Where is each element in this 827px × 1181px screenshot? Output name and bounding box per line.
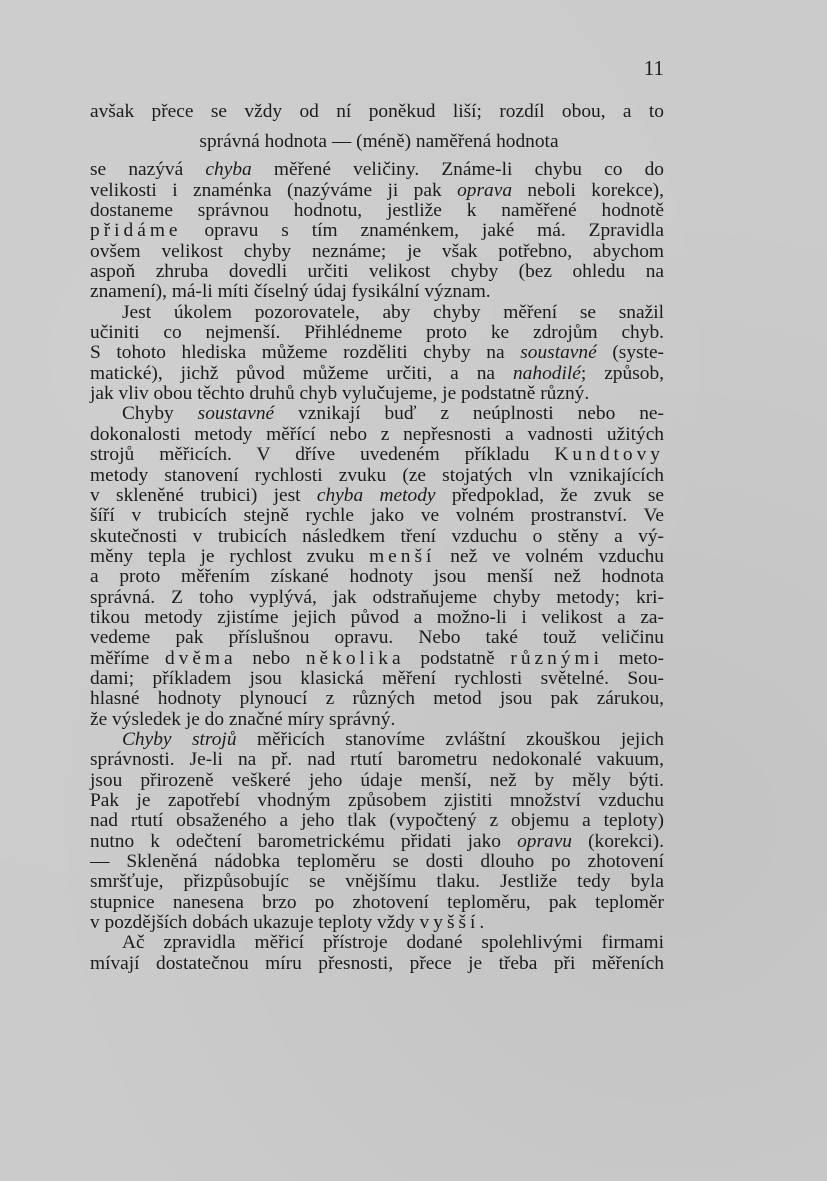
text-line: strojů měřicích. V dříve uvedeném příkla…	[90, 445, 664, 465]
text-line: jak vliv obou těchto druhů chyb vylučuje…	[90, 384, 664, 404]
text-line: dokonalosti metody měřící nebo z nepřesn…	[90, 425, 664, 445]
body-text: avšak přece se vždy od ní poněkud liší; …	[90, 102, 664, 974]
text-line: tikou metody zjistíme jejich původ a mož…	[90, 608, 664, 628]
text-line: učiniti co nejmenší. Přihlédneme proto k…	[90, 323, 664, 343]
text-line: dostaneme správnou hodnotu, jestliže k n…	[90, 201, 664, 221]
text-line: skutečnosti v trubicích následkem tření …	[90, 527, 664, 547]
emphasis: Chyby strojů	[122, 729, 237, 750]
text-line: správnosti. Je-li na př. nad rtutí barom…	[90, 750, 664, 770]
text-line: smršťuje, přizpůsobujíc se vnějšímu tlak…	[90, 872, 664, 892]
text-line: metody stanovení rychlosti zvuku (ze sto…	[90, 466, 664, 486]
spaced-emphasis: různými	[510, 648, 603, 669]
text-line: ovšem velikost chyby neznáme; je však po…	[90, 242, 664, 262]
text-line: avšak přece se vždy od ní poněkud liší; …	[90, 102, 664, 122]
paragraph-start: Ač zpravidla měřicí přístroje dodané spo…	[90, 933, 664, 953]
text-line: měříme dvěma nebo několika podstatně růz…	[90, 649, 664, 669]
text-line: v skleněné trubici) jest chyba metody př…	[90, 486, 664, 506]
emphasis: oprava	[457, 180, 512, 201]
text-line: že výsledek je do značné míry správný.	[90, 710, 664, 730]
formula-line: správná hodnota — (méně) naměřená hodnot…	[90, 125, 664, 159]
text-line: nutno k odečtení barometrickému přidati …	[90, 832, 664, 852]
text-line: matické), jichž původ můžeme určiti, a n…	[90, 364, 664, 384]
text-line: mívají dostatečnou míru přesnosti, přece…	[90, 954, 664, 974]
spaced-emphasis: dvěma	[165, 648, 237, 669]
text-line: jsou přirozeně veškeré jeho údaje menší,…	[90, 771, 664, 791]
text-line: šíří v trubicích stejně rychle jako ve v…	[90, 506, 664, 526]
paragraph-start: Chyby strojů měřicích stanovíme zvláštní…	[90, 730, 664, 750]
spaced-emphasis: menší	[369, 546, 435, 567]
spaced-emphasis: přidáme	[90, 220, 182, 241]
text-line: nad rtutí obsaženého a jeho tlak (vypočt…	[90, 811, 664, 831]
spaced-emphasis: vyšší	[420, 912, 480, 933]
text-line: v pozdějších dobách ukazuje teploty vždy…	[90, 913, 664, 933]
text-line: aspoň zhruba dovedli určiti velikost chy…	[90, 262, 664, 282]
text-line: — Skleněná nádobka teploměru se dosti dl…	[90, 852, 664, 872]
text-line: S tohoto hlediska můžeme rozděliti chyby…	[90, 343, 664, 363]
emphasis: opravu	[517, 831, 572, 852]
text-line: dami; příkladem jsou klasická měření ryc…	[90, 669, 664, 689]
paragraph-start: Chyby soustavné vznikají buď z neúplnost…	[90, 404, 664, 424]
emphasis: chyba metody	[317, 485, 436, 506]
paragraph-start: Jest úkolem pozorovatele, aby chyby měře…	[90, 303, 664, 323]
text-line: a proto měřením získané hodnoty jsou men…	[90, 567, 664, 587]
spaced-emphasis: několika	[306, 648, 405, 669]
text-line: Pak je zapotřebí vhodným způsobem zjisti…	[90, 791, 664, 811]
text-line: velikosti i znaménka (nazýváme ji pak op…	[90, 181, 664, 201]
text-line: vedeme pak příslušnou opravu. Nebo také …	[90, 628, 664, 648]
text-line: znamení), má-li míti číselný údaj fysiká…	[90, 282, 664, 302]
emphasis: chyba	[205, 159, 251, 180]
spaced-emphasis: Kundtovy	[554, 444, 664, 465]
emphasis: soustavné	[520, 342, 596, 363]
text-line: stupnice nanesena brzo po zhotovení tepl…	[90, 893, 664, 913]
text-line: hlasné hodnoty plynoucí z různých metod …	[90, 689, 664, 709]
emphasis: nahodilé	[513, 363, 581, 384]
text-line: se nazývá chyba měřené veličiny. Známe-l…	[90, 160, 664, 180]
page-number: 11	[90, 56, 664, 80]
emphasis: soustavné	[198, 403, 274, 424]
text-line: měny tepla je rychlost zvuku menší než v…	[90, 547, 664, 567]
text-line: přidáme opravu s tím znaménkem, jaké má.…	[90, 221, 664, 241]
text-line: správná. Z toho vyplývá, jak odstraňujem…	[90, 588, 664, 608]
